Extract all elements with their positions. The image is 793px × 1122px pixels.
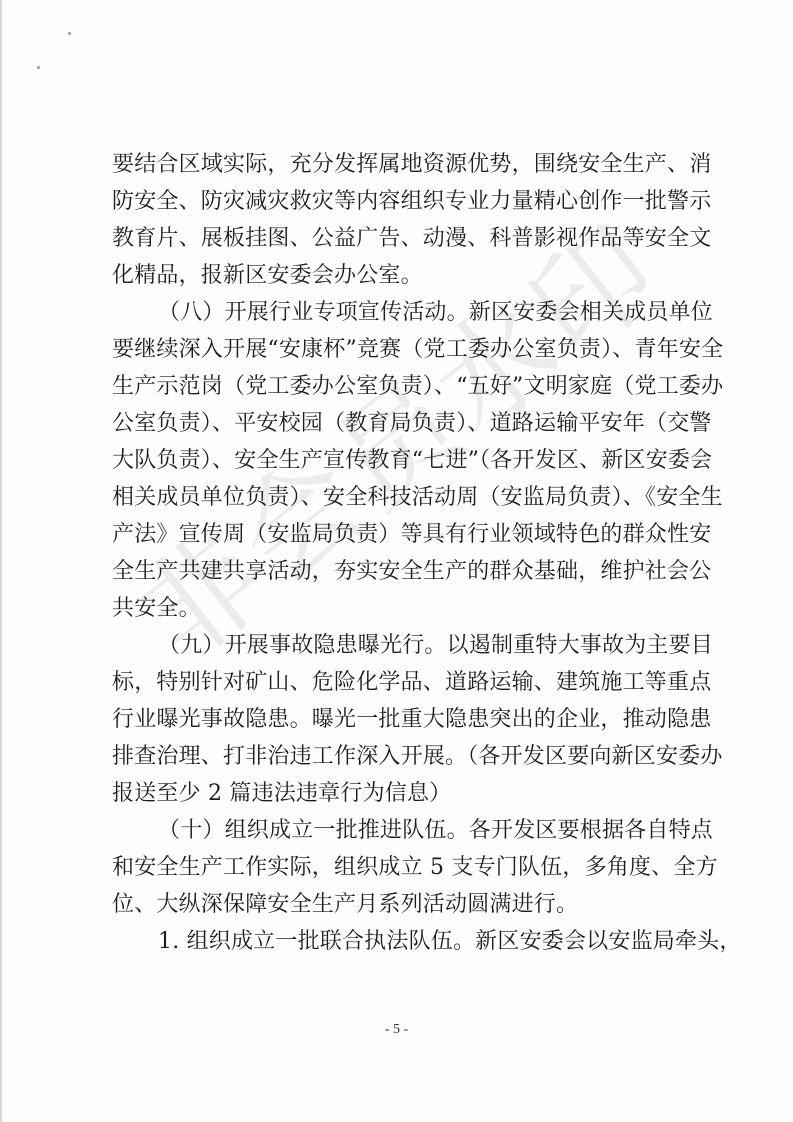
text-line: 防安全、防灾减灾救灾等内容组织专业力量精心创作一批警示 <box>112 183 684 220</box>
text-line: 产法》宣传周（安监局负责）等具有行业领域特色的群众性安 <box>112 516 684 553</box>
list-item-line: 1. 组织成立一批联合执法队伍。新区安委会以安监局牵头， <box>112 923 684 960</box>
paragraph-section-10: （十）组织成立一批推进队伍。各开发区要根据各自特点 和安全生产工作实际，组织成立… <box>112 812 684 923</box>
page-number: - 5 - <box>0 1022 793 1038</box>
text-line: 行业曝光事故隐患。曝光一批重大隐患突出的企业，推动隐患 <box>112 701 684 738</box>
paragraph-section-9: （九）开展事故隐患曝光行。以遏制重特大事故为主要目 标，特别针对矿山、危险化学品… <box>112 627 684 812</box>
document-body: 要结合区域实际，充分发挥属地资源优势，围绕安全生产、消 防安全、防灾减灾救灾等内… <box>112 146 684 960</box>
text-line: 化精品，报新区安委会办公室。 <box>112 257 684 294</box>
text-line: 公室负责）、平安校园（教育局负责）、道路运输平安年（交警 <box>112 405 684 442</box>
text-line: 生产示范岗（党工委办公室负责）、“五好”文明家庭（党工委办 <box>112 368 684 405</box>
text-line: 报送至少 2 篇违法违章行为信息） <box>112 775 684 812</box>
text-line: 要结合区域实际，充分发挥属地资源优势，围绕安全生产、消 <box>112 146 684 183</box>
text-line: 位、大纵深保障安全生产月系列活动圆满进行。 <box>112 886 684 923</box>
text-line: 共安全。 <box>112 590 684 627</box>
paragraph-section-10-item-1: 1. 组织成立一批联合执法队伍。新区安委会以安监局牵头， <box>112 923 684 960</box>
paragraph-continuation: 要结合区域实际，充分发挥属地资源优势，围绕安全生产、消 防安全、防灾减灾救灾等内… <box>112 146 684 294</box>
text-line: 要继续深入开展“安康杯”竞赛（党工委办公室负责）、青年安全 <box>112 331 684 368</box>
scan-page-edge <box>0 0 2 1122</box>
section-heading-line: （九）开展事故隐患曝光行。以遏制重特大事故为主要目 <box>112 627 684 664</box>
section-heading-line: （八）开展行业专项宣传活动。新区安委会相关成员单位 <box>112 294 684 331</box>
text-line: 和安全生产工作实际，组织成立 5 支专门队伍，多角度、全方 <box>112 849 684 886</box>
text-line: 全生产共建共享活动，夯实安全生产的群众基础，维护社会公 <box>112 553 684 590</box>
text-line: 教育片、展板挂图、公益广告、动漫、科普影视作品等安全文 <box>112 220 684 257</box>
scan-speck <box>37 66 40 69</box>
text-line: 排查治理、打非治违工作深入开展。（各开发区要向新区安委办 <box>112 738 684 775</box>
text-line: 大队负责）、安全生产宣传教育“七进”（各开发区、新区安委会 <box>112 442 684 479</box>
text-line: 标，特别针对矿山、危险化学品、道路运输、建筑施工等重点 <box>112 664 684 701</box>
text-line: 相关成员单位负责）、安全科技活动周（安监局负责）、《安全生 <box>112 479 684 516</box>
scan-speck <box>68 32 71 35</box>
section-heading-line: （十）组织成立一批推进队伍。各开发区要根据各自特点 <box>112 812 684 849</box>
paragraph-section-8: （八）开展行业专项宣传活动。新区安委会相关成员单位 要继续深入开展“安康杯”竞赛… <box>112 294 684 627</box>
